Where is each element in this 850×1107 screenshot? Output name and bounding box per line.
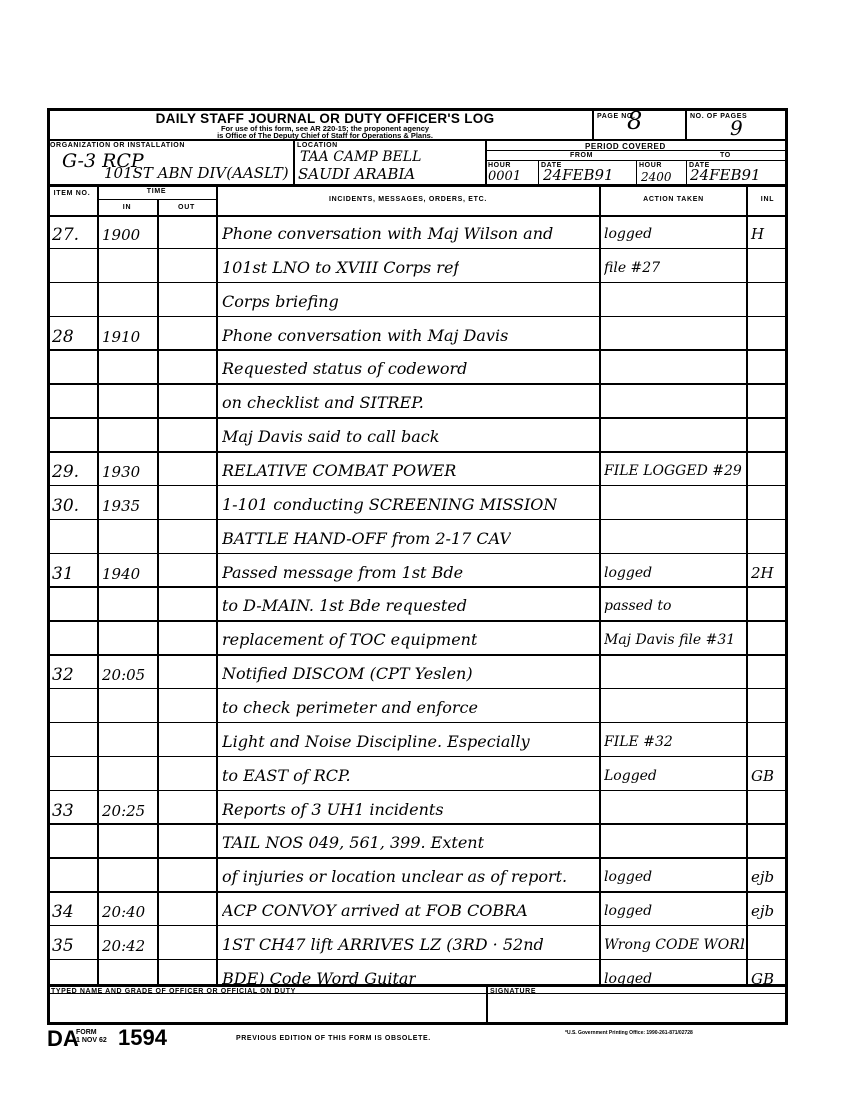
item-no[interactable]: 30.	[52, 495, 79, 517]
to-date-value[interactable]: 24FEB91	[690, 164, 761, 186]
row-rule	[47, 316, 788, 318]
time-in[interactable]: 20:40	[102, 901, 145, 923]
item-no[interactable]: 33	[52, 800, 74, 822]
from-date-value[interactable]: 24FEB91	[543, 164, 614, 186]
page-no-value[interactable]: 8	[627, 110, 642, 132]
item-no[interactable]: 32	[52, 664, 74, 686]
form-label-line-2: 1 NOV 62	[76, 1037, 107, 1045]
row-rule	[47, 485, 788, 487]
row-rule	[47, 586, 788, 588]
time-in[interactable]: 1930	[102, 461, 140, 483]
row-rule	[47, 282, 788, 284]
incident-text[interactable]: to D-MAIN. 1st Bde requested	[222, 595, 467, 617]
row-rule	[47, 823, 788, 825]
divider	[685, 110, 687, 139]
incident-text[interactable]: Requested status of codeword	[222, 358, 467, 380]
col-inl: INL	[747, 196, 788, 203]
time-in[interactable]: 1935	[102, 495, 140, 517]
signature-field[interactable]	[490, 1000, 780, 1022]
location-line-2[interactable]: SAUDI ARABIA	[298, 163, 415, 185]
item-no[interactable]: 35	[52, 935, 74, 957]
incident-text[interactable]: to check perimeter and enforce	[222, 697, 478, 719]
incident-text[interactable]: Light and Noise Discipline. Especially	[222, 731, 530, 753]
incident-text[interactable]: Phone conversation with Maj Davis	[222, 325, 508, 347]
incident-text[interactable]: 1ST CH47 lift ARRIVES LZ (3RD · 52nd	[222, 934, 544, 956]
incident-text[interactable]: RELATIVE COMBAT POWER	[222, 460, 456, 482]
form-label: FORM 1 NOV 62	[76, 1029, 107, 1045]
initials[interactable]: GB	[751, 765, 774, 787]
action-taken[interactable]: passed to	[604, 595, 671, 617]
divider	[636, 160, 637, 185]
time-in[interactable]: 20:42	[102, 935, 145, 957]
to-label: TO	[720, 152, 731, 159]
row-rule	[47, 654, 788, 656]
row-rule	[47, 383, 788, 385]
incident-text[interactable]: 101st LNO to XVIII Corps ref	[222, 257, 459, 279]
row-rule	[47, 519, 788, 521]
incident-text[interactable]: TAIL NOS 049, 561, 399. Extent	[222, 832, 484, 854]
divider	[293, 139, 295, 185]
divider	[47, 984, 788, 987]
row-rule	[47, 451, 788, 453]
incident-text[interactable]: to EAST of RCP.	[222, 765, 351, 787]
initials[interactable]: H	[751, 223, 764, 245]
typed-name-field[interactable]	[51, 1000, 481, 1022]
row-rule	[47, 925, 788, 927]
col-time: TIME	[97, 188, 216, 195]
time-in[interactable]: 20:05	[102, 664, 145, 686]
divider	[47, 139, 788, 141]
divider	[686, 160, 687, 185]
divider	[592, 110, 594, 139]
col-action-taken: ACTION TAKEN	[600, 196, 747, 203]
incident-text[interactable]: Phone conversation with Maj Wilson and	[222, 223, 553, 245]
obsolete-notice: PREVIOUS EDITION OF THIS FORM IS OBSOLET…	[236, 1035, 431, 1042]
action-taken[interactable]: FILE #32	[604, 731, 673, 753]
row-rule	[47, 790, 788, 792]
row-rule	[47, 553, 788, 555]
row-rule	[47, 891, 788, 893]
incident-text[interactable]: BATTLE HAND-OFF from 2-17 CAV	[222, 528, 511, 550]
divider	[538, 160, 539, 185]
divider	[485, 150, 788, 151]
initials[interactable]: ejb	[751, 866, 774, 888]
col-time-out: OUT	[157, 204, 216, 211]
row-rule	[47, 722, 788, 724]
row-rule	[47, 620, 788, 622]
action-taken[interactable]: Logged	[604, 765, 657, 787]
incident-text[interactable]: ACP CONVOY arrived at FOB COBRA	[222, 900, 528, 922]
no-of-pages-value[interactable]: 9	[730, 117, 743, 139]
gpo-notice: *U.S. Government Printing Office: 1990-2…	[565, 1030, 693, 1036]
action-taken[interactable]: logged	[604, 900, 652, 922]
time-in[interactable]: 1910	[102, 326, 140, 348]
divider	[485, 160, 788, 161]
incident-text[interactable]: 1-101 conducting SCREENING MISSION	[222, 494, 557, 516]
row-rule	[47, 688, 788, 690]
divider	[486, 985, 488, 1025]
incident-text[interactable]: of injuries or location unclear as of re…	[222, 866, 567, 888]
typed-name-label: TYPED NAME AND GRADE OF OFFICER OR OFFIC…	[51, 988, 296, 995]
divider	[47, 184, 788, 187]
incident-text[interactable]: Corps briefing	[222, 291, 339, 313]
org-label: ORGANIZATION OR INSTALLATION	[50, 142, 185, 149]
org-line-2[interactable]: 101ST ABN DIV(AASLT)	[104, 162, 289, 184]
from-label: FROM	[570, 152, 593, 159]
col-incidents: INCIDENTS, MESSAGES, ORDERS, ETC.	[216, 196, 600, 203]
item-no[interactable]: 27.	[52, 224, 79, 246]
form-number: 1594	[118, 1025, 167, 1051]
action-taken[interactable]: logged	[604, 866, 652, 888]
row-rule	[47, 857, 788, 859]
action-taken[interactable]: FILE LOGGED #29	[604, 460, 742, 482]
initials[interactable]: ejb	[751, 900, 774, 922]
time-in[interactable]: 1900	[102, 224, 140, 246]
initials[interactable]: 2H	[751, 562, 774, 584]
row-rule	[47, 248, 788, 250]
incident-text[interactable]: on checklist and SITREP.	[222, 392, 424, 414]
divider	[485, 139, 487, 185]
form-prefix: DA	[47, 1026, 79, 1052]
action-taken[interactable]: file #27	[604, 257, 660, 279]
item-no[interactable]: 31	[52, 563, 74, 585]
action-taken[interactable]: Wrong CODE WORD	[604, 934, 744, 956]
incident-text[interactable]: replacement of TOC equipment	[222, 629, 477, 651]
incident-text[interactable]: Passed message from 1st Bde	[222, 562, 463, 584]
incident-text[interactable]: Notified DISCOM (CPT Yeslen)	[222, 663, 473, 685]
col-item-no: ITEM NO.	[47, 189, 97, 198]
action-taken[interactable]: Maj Davis file #31	[604, 629, 735, 651]
item-no[interactable]: 28	[52, 326, 74, 348]
col-time-in: IN	[97, 204, 157, 211]
incident-text[interactable]: Reports of 3 UH1 incidents	[222, 799, 444, 821]
action-taken[interactable]: logged	[604, 562, 652, 584]
time-in[interactable]: 1940	[102, 563, 140, 585]
row-rule	[47, 756, 788, 758]
row-rule	[47, 959, 788, 961]
incident-text[interactable]: Maj Davis said to call back	[222, 426, 439, 448]
item-no[interactable]: 29.	[52, 461, 79, 483]
action-taken[interactable]: logged	[604, 223, 652, 245]
item-no[interactable]: 34	[52, 901, 74, 923]
row-rule	[47, 349, 788, 351]
time-in[interactable]: 20:25	[102, 800, 145, 822]
signature-label: SIGNATURE	[490, 988, 536, 995]
form-label-line-1: FORM	[76, 1029, 107, 1037]
row-rule	[47, 417, 788, 419]
